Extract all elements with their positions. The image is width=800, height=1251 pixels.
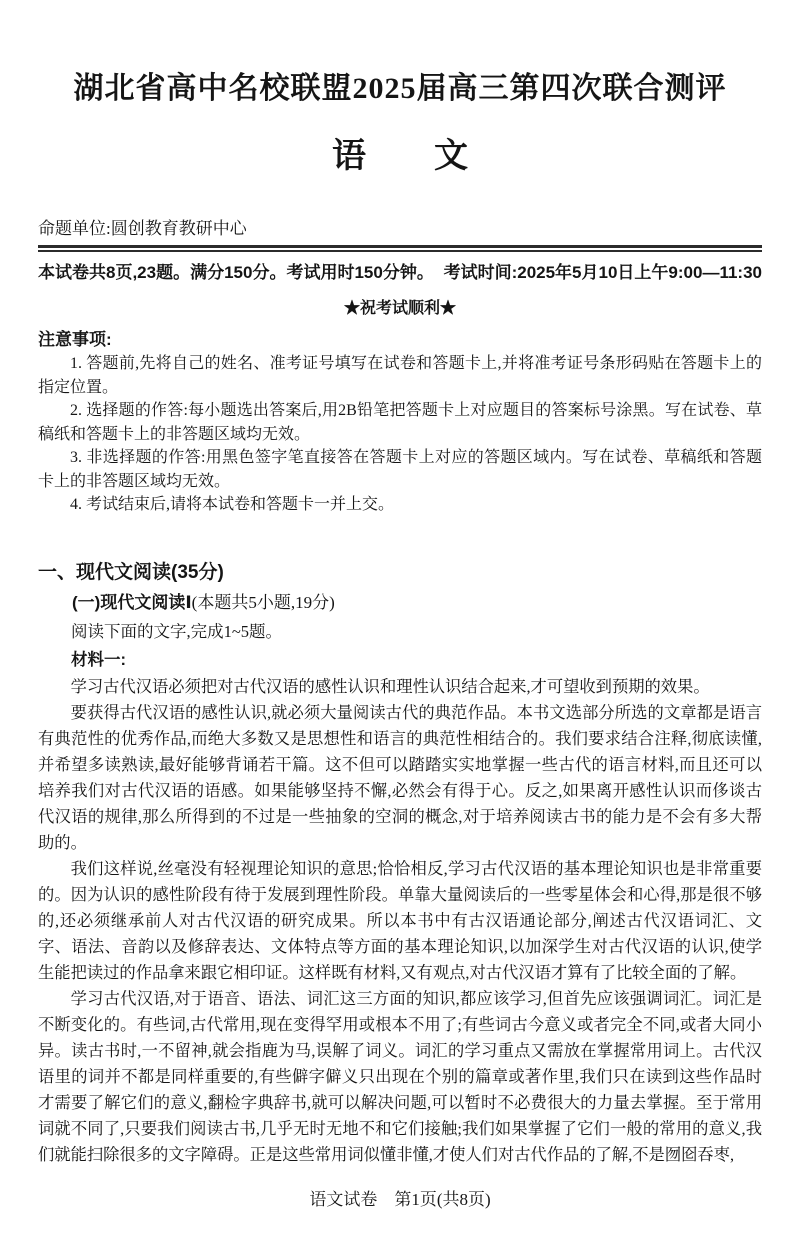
notices-title: 注意事项: <box>38 328 762 352</box>
page-footer: 语文试卷 第1页(共8页) <box>0 1189 800 1211</box>
section-heading: 一、现代文阅读(35分) <box>38 559 762 586</box>
material-label: 材料一: <box>38 646 762 674</box>
reading-instruction: 阅读下面的文字,完成1~5题。 <box>38 617 762 646</box>
info-row: 本试卷共8页,23题。满分150分。考试用时150分钟。 考试时间:2025年5… <box>38 262 762 284</box>
exam-title: 湖北省高中名校联盟2025届高三第四次联合测评 <box>38 72 762 106</box>
blessing-line: ★祝考试顺利★ <box>38 299 762 319</box>
notice-item-2: 2. 选择题的作答:每小题选出答案后,用2B铅笔把答题卡上对应题目的答案标号涂黑… <box>38 399 762 446</box>
material-body: 学习古代汉语必须把对古代汉语的感性认识和理性认识结合起来,才可望收到预期的效果。… <box>38 674 762 1168</box>
exam-time: 考试时间:2025年5月10日上午9:00—11:30 <box>444 262 762 284</box>
subsection-heading: (一)现代文阅读Ⅰ(本题共5小题,19分) <box>38 589 762 617</box>
subject-title: 语 文 <box>38 138 762 174</box>
header-divider <box>38 245 762 252</box>
subsection-heading-rest: (本题共5小题,19分) <box>192 593 335 612</box>
material-paragraph-3: 我们这样说,丝毫没有轻视理论知识的意思;恰恰相反,学习古代汉语的基本理论知识也是… <box>38 856 762 986</box>
subsection-heading-bold: (一)现代文阅读Ⅰ <box>72 593 192 612</box>
notices-section: 注意事项: 1. 答题前,先将自己的姓名、准考证号填写在试卷和答题卡上,并将准考… <box>38 328 762 517</box>
notice-item-1: 1. 答题前,先将自己的姓名、准考证号填写在试卷和答题卡上,并将准考证号条形码贴… <box>38 352 762 399</box>
material-paragraph-1: 学习古代汉语必须把对古代汉语的感性认识和理性认识结合起来,才可望收到预期的效果。 <box>38 674 762 700</box>
notice-item-3: 3. 非选择题的作答:用黑色签字笔直接答在答题卡上对应的答题区域内。写在试卷、草… <box>38 446 762 493</box>
notice-item-4: 4. 考试结束后,请将本试卷和答题卡一并上交。 <box>38 493 762 517</box>
setter-line: 命题单位:圆创教育教研中心 <box>38 218 762 240</box>
paper-info: 本试卷共8页,23题。满分150分。考试用时150分钟。 <box>38 262 434 284</box>
exam-page: 湖北省高中名校联盟2025届高三第四次联合测评 语 文 命题单位:圆创教育教研中… <box>0 0 800 1251</box>
material-paragraph-4: 学习古代汉语,对于语音、语法、词汇这三方面的知识,都应该学习,但首先应该强调词汇… <box>38 986 762 1168</box>
section-modern-reading: 一、现代文阅读(35分) (一)现代文阅读Ⅰ(本题共5小题,19分) 阅读下面的… <box>38 559 762 1168</box>
material-paragraph-2: 要获得古代汉语的感性认识,就必须大量阅读古代的典范作品。本书文选部分所选的文章都… <box>38 700 762 856</box>
